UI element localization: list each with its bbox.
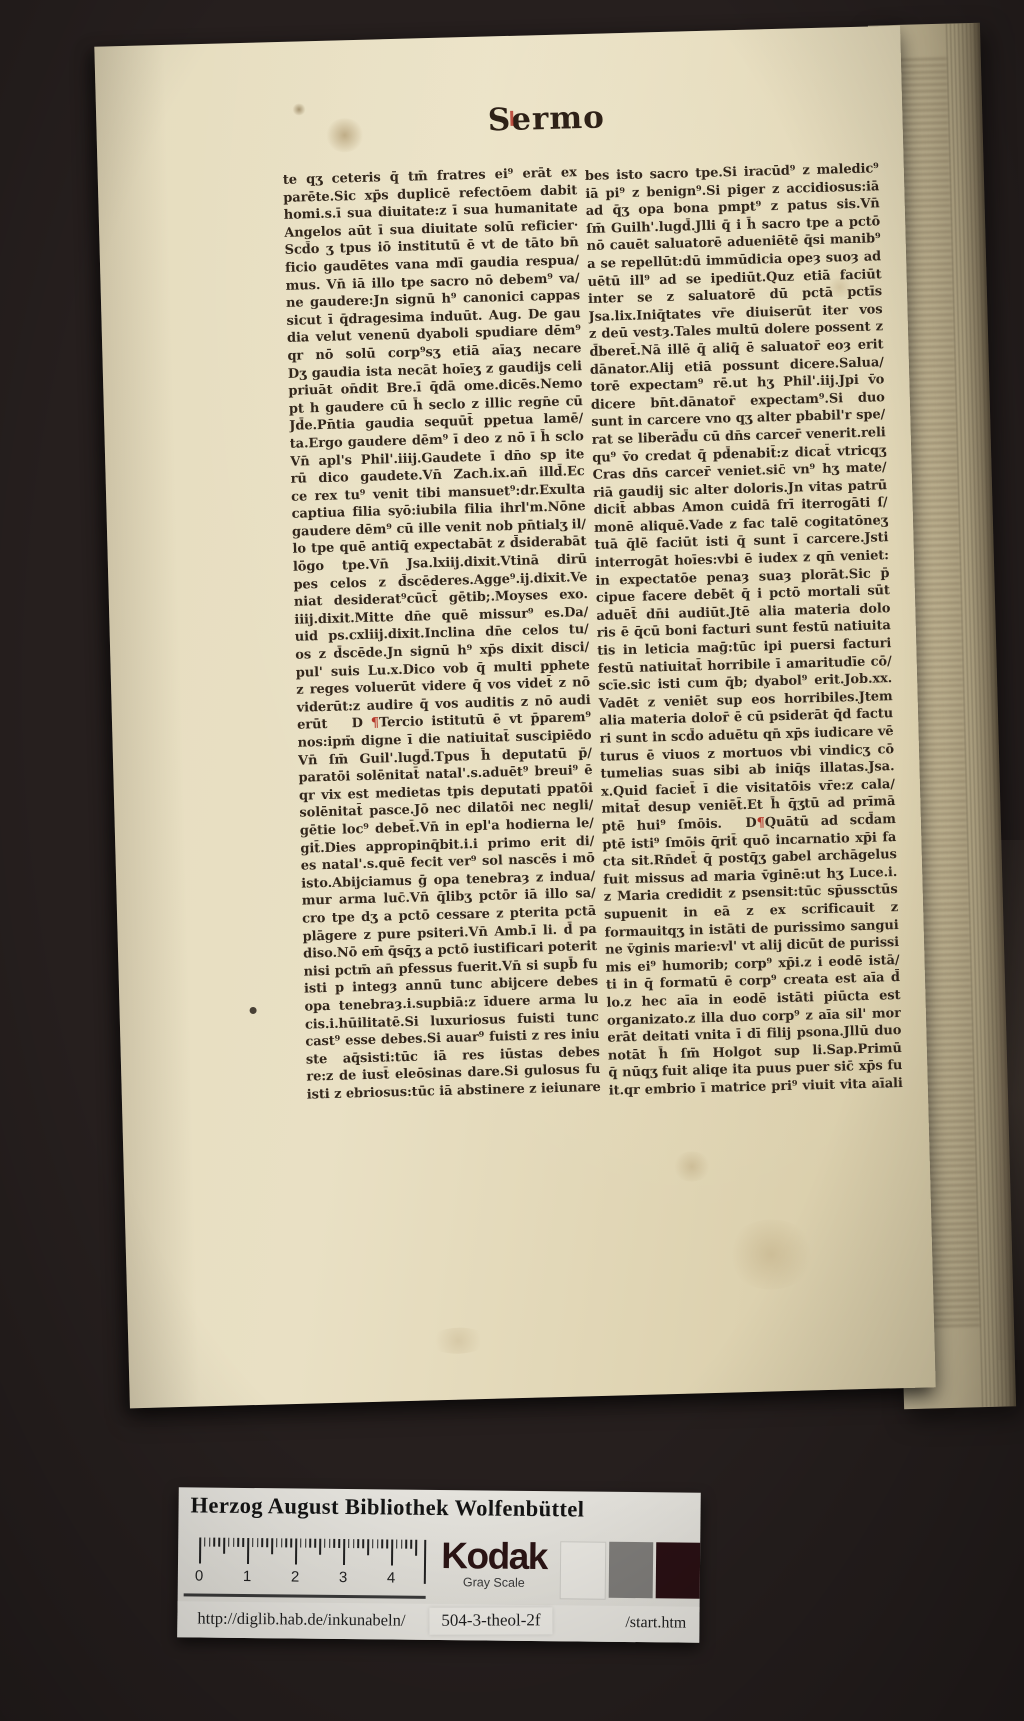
- text-column-left: te qʒ ceteris q̄ tm̄ fratres ei⁹ erāt ex…: [283, 164, 601, 1104]
- ruler-tick: [199, 1537, 201, 1563]
- ruler-tick: [271, 1538, 273, 1554]
- ruler-tick: [281, 1538, 283, 1547]
- header-rubric-stroke: [510, 111, 513, 126]
- start-page-label: /start.htm: [625, 1614, 686, 1633]
- ruler-tick: [295, 1538, 297, 1564]
- ruler-tick: [247, 1538, 249, 1564]
- ruler-tick: [242, 1538, 244, 1547]
- ruler-tick: [314, 1539, 316, 1548]
- stain: [428, 1327, 489, 1355]
- ruler-tick: [329, 1539, 331, 1548]
- gutter-shading: [94, 45, 200, 1408]
- ruler-tick: [406, 1540, 408, 1549]
- ruler-tick: [228, 1538, 230, 1547]
- ruler-tick: [343, 1539, 345, 1565]
- ruler-tick: [396, 1540, 398, 1549]
- base-url-label: http://diglib.hab.de/inkunabeln/: [197, 1608, 405, 1630]
- ruler-tick: [252, 1538, 254, 1547]
- ruler-tick: [218, 1538, 220, 1547]
- ruler-ticks: [184, 1535, 426, 1538]
- ruler-tick: [300, 1539, 302, 1548]
- ruler-tick: [238, 1538, 240, 1547]
- stain: [725, 1218, 817, 1290]
- ruler-tick: [223, 1538, 225, 1554]
- ruler-tick: [334, 1539, 336, 1548]
- ruler-tick: [262, 1538, 264, 1547]
- ruler-number: 4: [387, 1569, 396, 1586]
- ruler-tick: [233, 1538, 235, 1547]
- kodak-color-card: Herzog August Bibliothek Wolfenbüttel 01…: [177, 1487, 701, 1642]
- patch-white: [560, 1541, 607, 1599]
- ruler-tick: [386, 1539, 388, 1548]
- ruler-tick: [286, 1538, 288, 1547]
- stain: [292, 103, 306, 115]
- ruler-tick: [319, 1539, 321, 1555]
- ruler-tick: [266, 1538, 268, 1547]
- ruler-tick: [214, 1538, 216, 1547]
- ruler-number: 3: [339, 1569, 348, 1586]
- running-title: Sermo: [487, 99, 605, 138]
- text-run: Quātū ad scd̄am: [765, 812, 896, 830]
- shelfmark-label: 504-3-theol-2f: [429, 1607, 552, 1634]
- ruler-tick: [358, 1539, 360, 1548]
- page-header: Sermo: [436, 98, 657, 140]
- ruler-tick: [290, 1538, 292, 1547]
- ruler-number: 0: [195, 1567, 204, 1584]
- ruler-tick: [204, 1538, 206, 1547]
- text-run: erūt D: [297, 716, 371, 733]
- grayscale-patches: [560, 1541, 701, 1598]
- ruler-tick: [415, 1540, 417, 1556]
- ruler-tick: [362, 1539, 364, 1548]
- ruler-numbers: 01234: [184, 1535, 426, 1538]
- ruler: 01234: [184, 1535, 427, 1599]
- ruler-tick: [310, 1539, 312, 1548]
- photograph-backdrop: { "photo": { "backdrop_color": "#261f1e"…: [0, 0, 1024, 1721]
- ruler-tick: [372, 1539, 374, 1548]
- stain: [324, 118, 365, 153]
- ruler-tick: [209, 1538, 211, 1547]
- ink-speck: [250, 1007, 257, 1014]
- kodak-logo: Kodak: [428, 1536, 560, 1577]
- backdrop-fold: [998, 840, 1024, 1360]
- kodak-logo-block: Kodak Gray Scale: [428, 1536, 561, 1590]
- ruler-tick: [305, 1539, 307, 1548]
- stain: [671, 1151, 712, 1182]
- ruler-number: 1: [243, 1568, 252, 1585]
- ruler-tick: [377, 1539, 379, 1548]
- ruler-tick: [338, 1539, 340, 1548]
- ruler-tick: [382, 1539, 384, 1548]
- url-strip: http://diglib.hab.de/inkunabeln/ 504-3-t…: [177, 1601, 699, 1642]
- ruler-end-bar: [424, 1540, 426, 1584]
- incunabulum-page: Sermo te qʒ ceteris q̄ tm̄ fratres ei⁹ e…: [94, 26, 935, 1409]
- ruler-tick: [367, 1539, 369, 1555]
- ruler-tick: [276, 1538, 278, 1547]
- ruler-tick: [324, 1539, 326, 1548]
- library-name-label: Herzog August Bibliothek Wolfenbüttel: [190, 1492, 584, 1522]
- ruler-number: 2: [291, 1568, 300, 1585]
- ruler-tick: [401, 1540, 403, 1549]
- ruler-tick: [391, 1539, 393, 1565]
- patch-dark: [656, 1542, 701, 1598]
- ruler-tick: [348, 1539, 350, 1548]
- ruler-tick: [353, 1539, 355, 1548]
- ruler-tick: [257, 1538, 259, 1547]
- patch-gray: [609, 1542, 654, 1598]
- ruler-tick: [410, 1540, 412, 1549]
- text-column-right: bes isto sacro tpe.Si iracūd⁹ z maledic⁹…: [585, 160, 903, 1100]
- gray-scale-label: Gray Scale: [428, 1575, 560, 1590]
